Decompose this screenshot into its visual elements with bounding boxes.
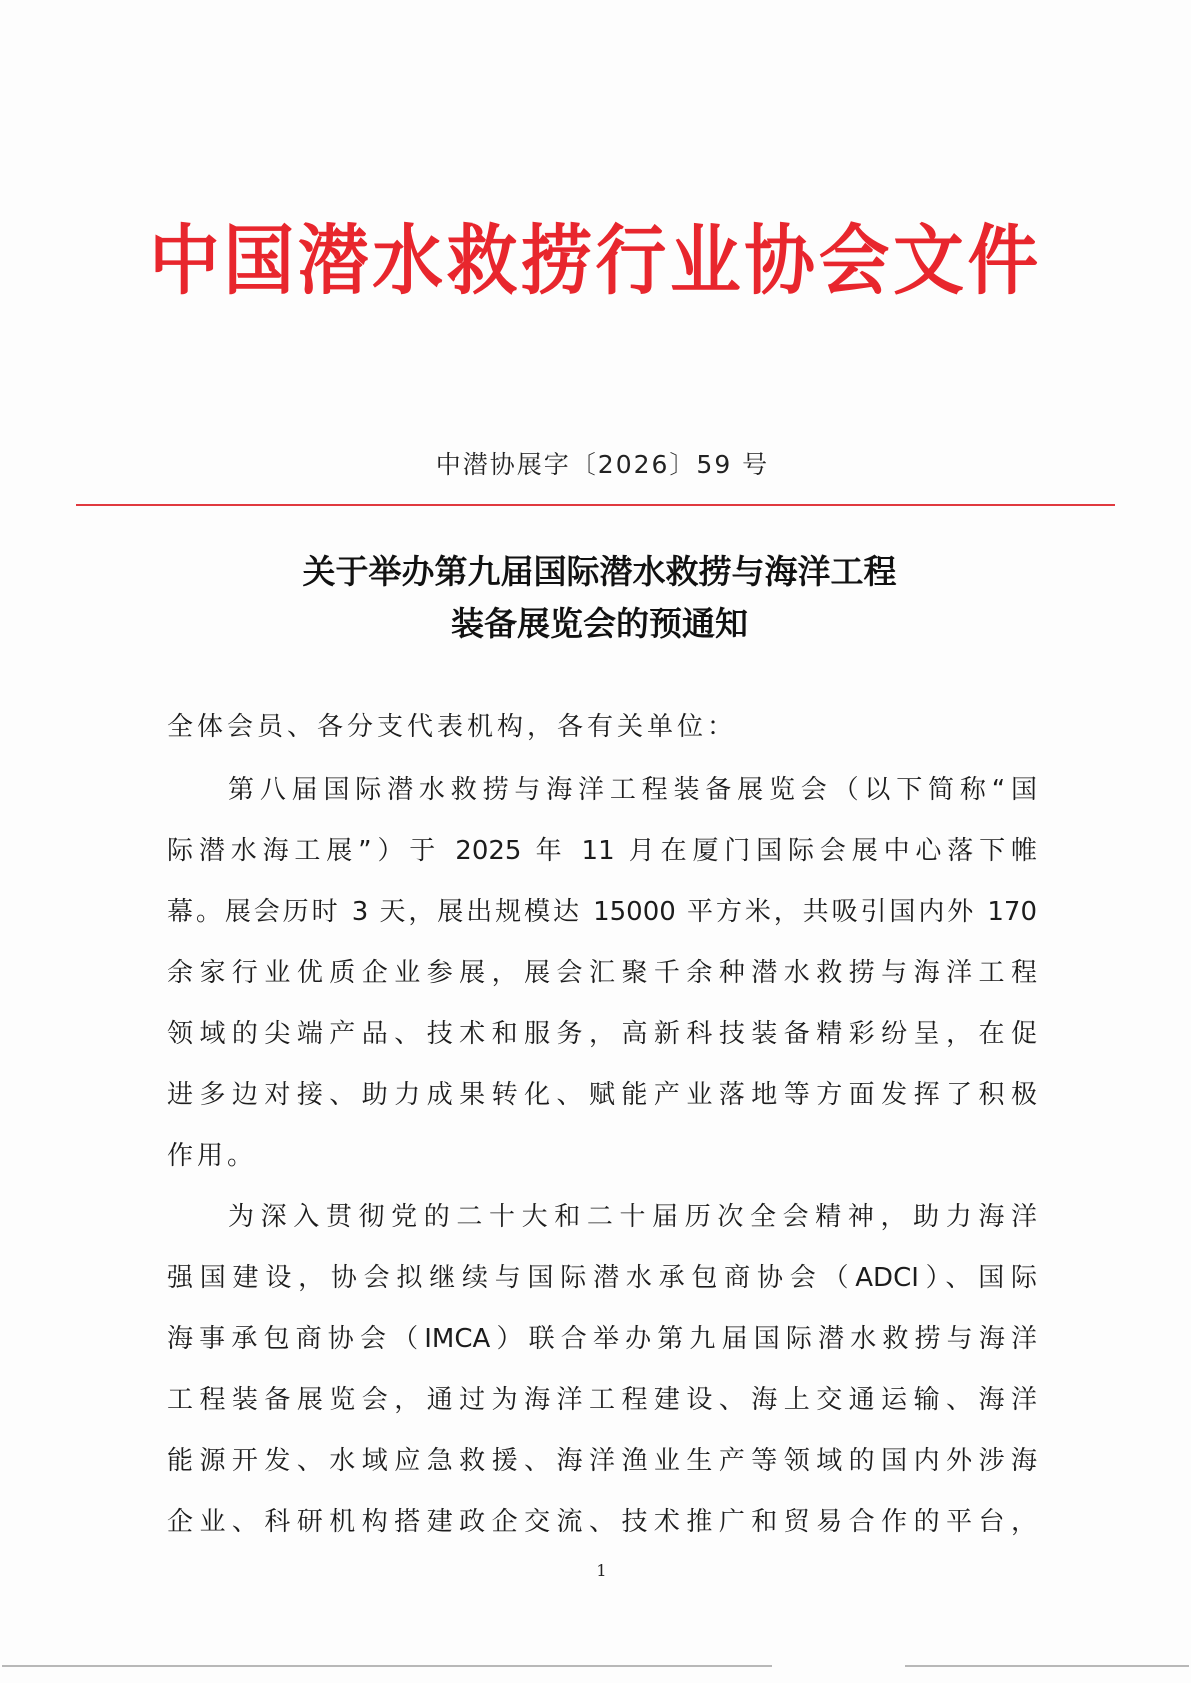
notice-title-line-2: 装备展览会的预通知 [0,602,1191,646]
scan-edge-line-right [905,1665,1189,1667]
paragraph-line: 海事承包商协会（IMCA）联合举办第九届国际潜水救捞与海洋 [167,1319,1037,1359]
paragraph-line: 为深入贯彻党的二十大和二十届历次全会精神，助力海洋 [228,1197,1037,1237]
paragraph-line: 能源开发、水域应急救援、海洋渔业生产等领域的国内外涉海 [167,1441,1037,1481]
scan-edge-line-left [2,1665,772,1667]
paragraph-line: 工程装备展览会，通过为海洋工程建设、海上交通运输、海洋 [167,1380,1037,1420]
notice-title-line-1: 关于举办第九届国际潜水救捞与海洋工程 [0,550,1191,594]
paragraph-line: 际潜水海工展”）于 2025 年 11 月在厦门国际会展中心落下帷 [167,831,1037,871]
paragraph-line: 进多边对接、助力成果转化、赋能产业落地等方面发挥了积极 [167,1075,1037,1115]
issuer-title: 中国潜水救捞行业协会文件 [42,218,1150,304]
paragraph-line: 余家行业优质企业参展，展会汇聚千余种潜水救捞与海洋工程 [167,953,1037,993]
paragraph-line: 第八届国际潜水救捞与海洋工程装备展览会（以下简称“国 [228,770,1037,810]
salutation: 全体会员、各分支代表机构，各有关单位： [167,707,1037,747]
paragraph-line: 幕。展会历时 3 天，展出规模达 15000 平方米，共吸引国内外 170 [167,892,1037,932]
page-number: 1 [0,1558,1191,1584]
red-divider-rule [76,504,1115,506]
paragraph-line: 作用。 [167,1136,1037,1176]
paragraph-line: 领域的尖端产品、技术和服务，高新科技装备精彩纷呈，在促 [167,1014,1037,1054]
paragraph-line: 强国建设，协会拟继续与国际潜水承包商协会（ADCI）、国际 [167,1258,1037,1298]
document-number: 中潜协展字〔2026〕59 号 [0,447,1191,483]
paragraph-line: 企业、科研机构搭建政企交流、技术推广和贸易合作的平台， [167,1502,1037,1542]
